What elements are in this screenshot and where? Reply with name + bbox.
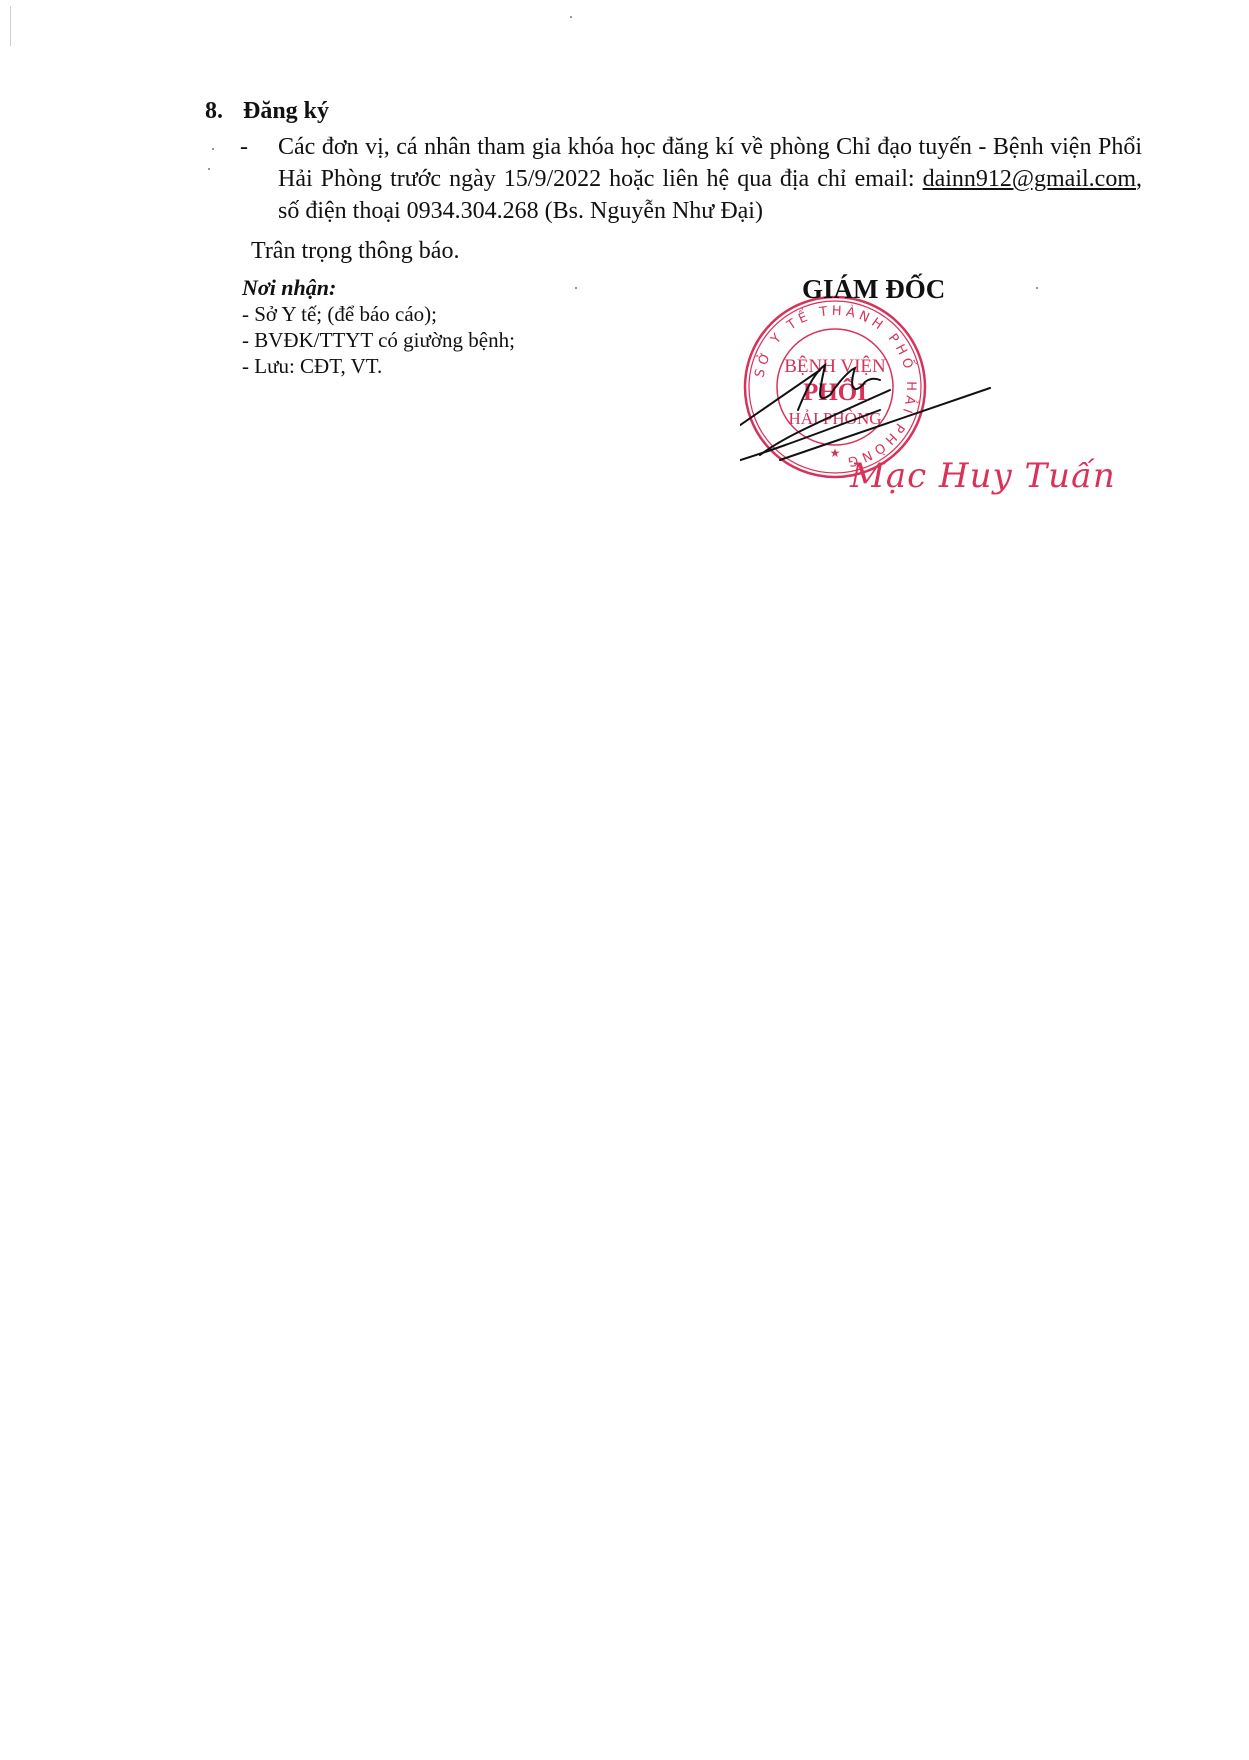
recipients-label: Nơi nhận: — [242, 275, 515, 301]
handwritten-signature-icon — [740, 270, 1140, 540]
recipients-block: Nơi nhận: - Sở Y tế; (để báo cáo); - BVĐ… — [242, 275, 515, 379]
closing-line: Trân trọng thông báo. — [251, 238, 459, 265]
section-number: 8. — [205, 98, 243, 125]
section-heading: 8.Đăng ký — [205, 98, 329, 125]
document-page: 8.Đăng ký - Các đơn vị, cá nhân tham gia… — [0, 0, 1249, 1760]
registration-text: Các đơn vị, cá nhân tham gia khóa học đă… — [278, 131, 1142, 227]
signature-block: GIÁM ĐỐC SỞ Y TẾ THÀNH PHỐ HẢI PHÒNG BỆN… — [740, 270, 1140, 540]
registration-paragraph: - Các đơn vị, cá nhân tham gia khóa học … — [240, 131, 1142, 227]
recipient-item: - Sở Y tế; (để báo cáo); — [242, 301, 515, 327]
scan-speck — [208, 168, 210, 170]
scan-speck — [575, 287, 577, 289]
bullet-dash: - — [240, 131, 248, 163]
section-title: Đăng ký — [243, 98, 329, 124]
scan-edge-mark — [10, 6, 11, 46]
recipient-item: - BVĐK/TTYT có giường bệnh; — [242, 327, 515, 353]
scan-speck — [570, 16, 572, 18]
recipient-item: - Lưu: CĐT, VT. — [242, 353, 515, 379]
email-link[interactable]: dainn912@gmail.com — [923, 166, 1136, 192]
scan-speck — [212, 148, 214, 150]
